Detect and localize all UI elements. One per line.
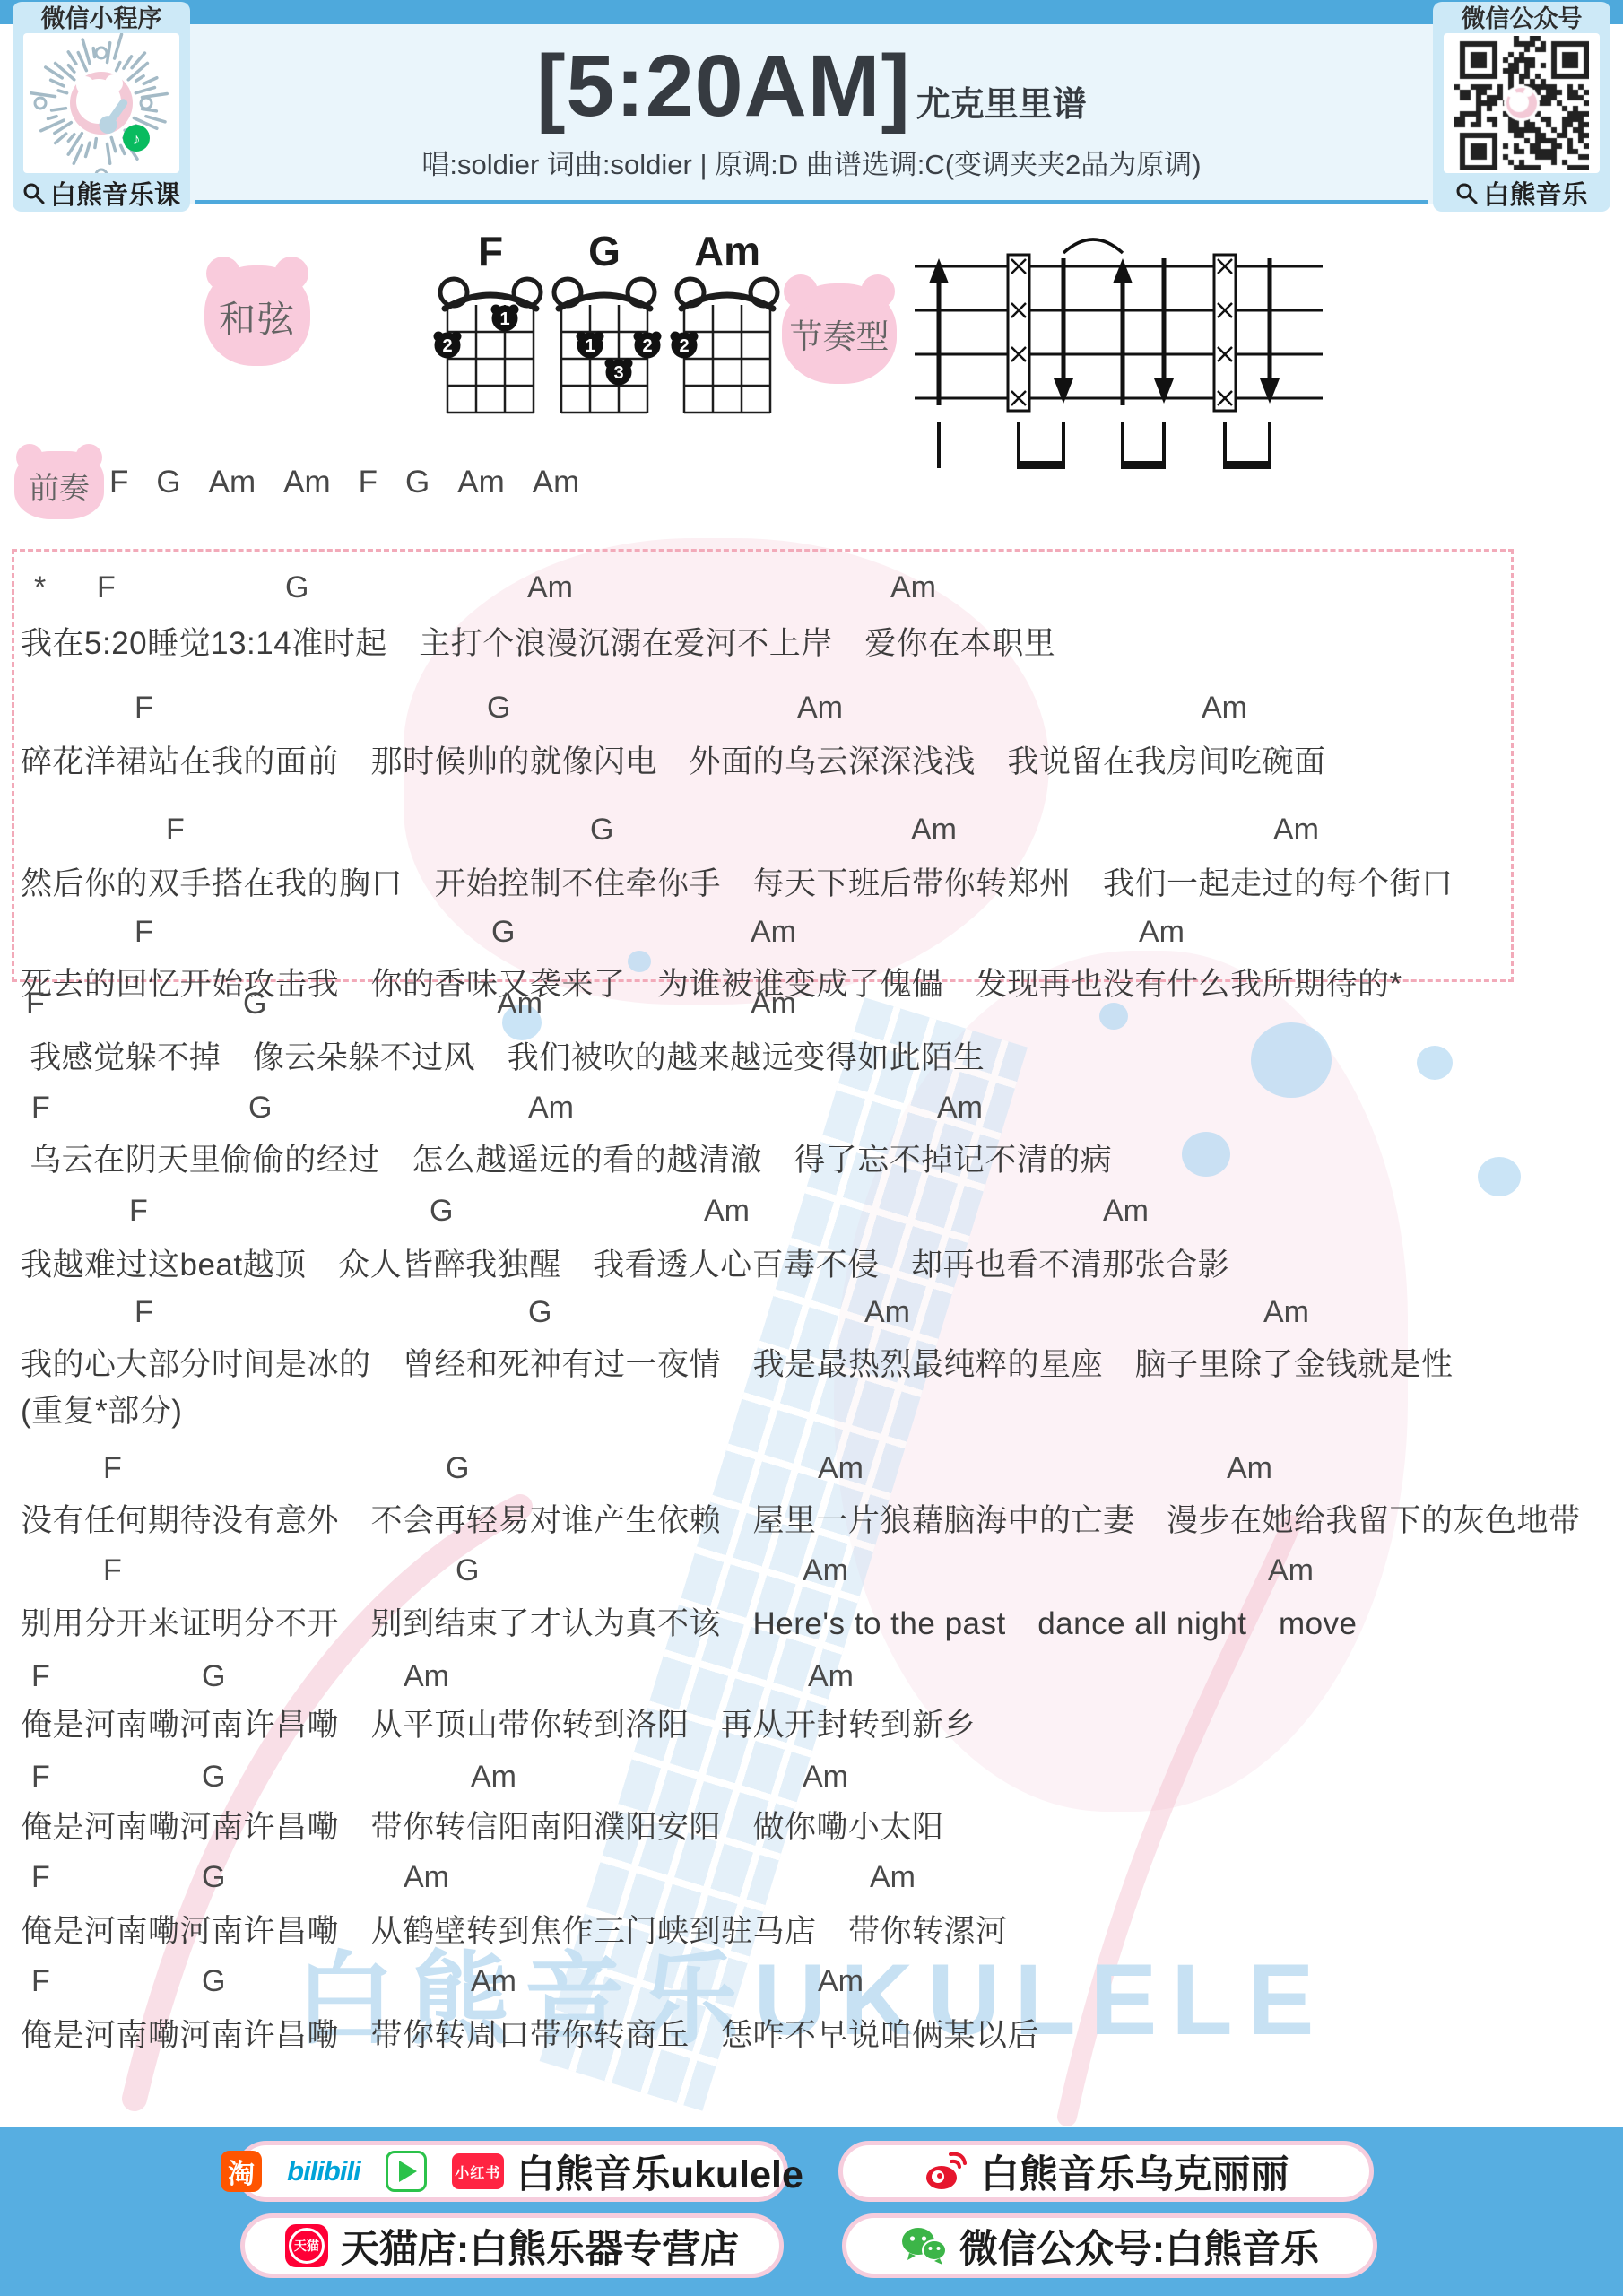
- top-bar: [0, 0, 1623, 24]
- chord-label: Am: [704, 1194, 750, 1229]
- official-account-caption-text: 白熊音乐: [1483, 175, 1587, 212]
- footer-pill-platforms: 淘 bilibili 小红书 白熊音乐ukulele: [236, 2141, 788, 2202]
- intro-label-blob: 前奏: [14, 451, 104, 519]
- chord-label: F: [103, 1553, 122, 1588]
- lyric-line: 俺是河南嘞河南许昌嘞 从鹤壁转到焦作三门峡到驻马店 带你转漯河: [21, 1907, 1008, 1952]
- title-row: [5:20AM]尤克里里谱: [0, 36, 1623, 136]
- lyric-line: 然后你的双手搭在我的胸口 开始控制不住牵你手 每天下班后带你转郑州 我们一起走过…: [21, 859, 1454, 904]
- chord-label: *: [34, 570, 46, 605]
- lyric-line: 碎花洋裙站在我的面前 那时候帅的就像闪电 外面的乌云深深浅浅 我说留在我房间吃碗…: [21, 737, 1326, 782]
- chord-label: G: [248, 1091, 272, 1126]
- chord-label: Am: [1227, 1451, 1272, 1486]
- chord-label: Am: [818, 1964, 864, 1999]
- chord-label: Am: [808, 1659, 854, 1694]
- chord-label: F: [166, 813, 185, 848]
- chord-label: F: [129, 1194, 148, 1229]
- chord-label: F: [135, 1295, 153, 1330]
- search-icon: [1455, 182, 1479, 205]
- chord-label: G: [202, 1760, 225, 1795]
- chord-label: Am: [404, 1659, 449, 1694]
- lyric-line: 死去的回忆开始攻击我 你的香味又袭来了 为谁被谁变成了傀儡 发现再也没有什么我所…: [21, 960, 1402, 1004]
- chord-label: G: [430, 1194, 453, 1229]
- qr-code: [1454, 36, 1589, 170]
- chord-label: F: [97, 570, 116, 605]
- mini-program-caption: 白熊音乐课: [22, 175, 180, 212]
- lyric-line: 俺是河南嘞河南许昌嘞 从平顶山带你转到洛阳 再从开封转到新乡: [21, 1700, 976, 1745]
- lyric-line: 别用分开来证明分不开 别到结束了才认为真不该 Here's to the pas…: [21, 1599, 1358, 1644]
- chord-label: G: [487, 691, 510, 726]
- lyric-line: 我越难过这beat越顶 众人皆醉我独醒 我看透人心百毒不侵 却再也看不清那张合影: [21, 1240, 1229, 1285]
- chord-label: Am: [751, 915, 796, 950]
- chord-label: Am: [497, 987, 542, 1022]
- chord-label: Am: [404, 1860, 449, 1895]
- chord-label: Am: [797, 691, 843, 726]
- chord-label: G: [590, 813, 613, 848]
- chord-label: G: [202, 1659, 225, 1694]
- chord-label: Am: [1202, 691, 1247, 726]
- chord-label: G: [202, 1860, 225, 1895]
- chord-label: F: [31, 1091, 50, 1126]
- official-account-caption: 白熊音乐: [1455, 175, 1587, 212]
- sheet-type-label: 尤克里里谱: [916, 86, 1087, 124]
- footer-account-name: 白熊音乐ukulele: [516, 2144, 803, 2199]
- lyric-line: 乌云在阴天里偷偷的经过 怎么越遥远的看的越清澈 得了忘不掉记不清的病: [21, 1135, 1112, 1180]
- intro-chord: Am: [209, 465, 256, 500]
- chord-label: F: [26, 987, 45, 1022]
- intro-chord: Am: [457, 465, 505, 500]
- chord-label: Am: [937, 1091, 983, 1126]
- search-icon: [22, 182, 46, 205]
- chord-label: Am: [1103, 1194, 1149, 1229]
- chord-label: F: [31, 1860, 50, 1895]
- chord-label: Am: [528, 1091, 574, 1126]
- chord-label: G: [446, 1451, 469, 1486]
- lyric-line: 我感觉躲不掉 像云朵躲不过风 我们被吹的越来越远变得如此陌生: [21, 1033, 985, 1078]
- chord-label: Am: [1268, 1553, 1314, 1588]
- chord-label: F: [31, 1659, 50, 1694]
- chord-label: Am: [911, 813, 957, 848]
- footer-pill-wechat: 微信公众号:白熊音乐: [842, 2213, 1377, 2278]
- footer-wechat-name: 微信公众号:白熊音乐: [959, 2219, 1319, 2274]
- chord-label: Am: [527, 570, 573, 605]
- chord-label: G: [285, 570, 308, 605]
- intro-chord: F: [109, 465, 128, 500]
- chord-label: Am: [471, 1760, 516, 1795]
- intro-chord-progression: FGAmAmFGAmAm: [109, 465, 579, 500]
- chord-label: Am: [818, 1451, 864, 1486]
- chord-label: G: [456, 1553, 479, 1588]
- chord-label: Am: [803, 1760, 848, 1795]
- song-title: [5:20AM]: [536, 37, 911, 135]
- lyric-line: 我的心大部分时间是冰的 曾经和死神有过一夜情 我是最热烈最纯粹的星座 脑子里除了…: [21, 1340, 1454, 1385]
- intro-chord: G: [405, 465, 430, 500]
- chord-label: G: [243, 987, 266, 1022]
- chord-label: Am: [1273, 813, 1319, 848]
- official-account-box: 微信公众号 白熊音乐: [1433, 2, 1610, 212]
- mini-program-caption-text: 白熊音乐课: [50, 175, 180, 212]
- svg-text:♪: ♪: [133, 130, 141, 148]
- weibo-icon: [924, 2151, 968, 2192]
- chords-label-blob: 和弦: [204, 265, 310, 366]
- intro-chord: Am: [533, 465, 580, 500]
- chord-label: Am: [471, 1964, 516, 1999]
- taobao-icon: 淘: [221, 2151, 262, 2192]
- chord-label: Am: [803, 1553, 848, 1588]
- lyric-line: 俺是河南嘞河南许昌嘞 带你转周口带你转商丘 恁咋不早说咱俩某以后: [21, 2011, 1039, 2056]
- chord-label: F: [31, 1760, 50, 1795]
- chord-label: G: [491, 915, 515, 950]
- chord-label: G: [202, 1964, 225, 1999]
- chord-label: F: [135, 915, 153, 950]
- chord-label: G: [528, 1295, 551, 1330]
- mini-program-code: ♪: [30, 33, 173, 173]
- chord-label: F: [135, 691, 153, 726]
- chord-label: Am: [864, 1295, 910, 1330]
- tmall-icon: 天猫: [285, 2224, 328, 2267]
- mini-program-tag: 微信小程序: [41, 4, 162, 33]
- footer-store-name: 天猫店:白熊乐器专营店: [341, 2219, 739, 2274]
- lyric-line: 我在5:20睡觉13:14准时起 主打个浪漫沉溺在爱河不上岸 爱你在本职里: [21, 619, 1055, 664]
- ukulele-chord-sheet: 白熊音乐UKULELE 微信小程序 ♪ 白熊音乐课 微信公众号 白熊音乐: [0, 0, 1623, 2296]
- chord-label: Am: [870, 1860, 916, 1895]
- xiaohongshu-icon: 小红书: [452, 2153, 504, 2189]
- mini-program-code-area: ♪: [23, 33, 179, 173]
- qr-code-area: [1444, 33, 1600, 173]
- official-account-tag: 微信公众号: [1462, 4, 1583, 33]
- mini-program-box: 微信小程序 ♪ 白熊音乐课: [13, 2, 190, 212]
- chord-label: Am: [751, 987, 796, 1022]
- lyric-line: (重复*部分): [21, 1387, 182, 1431]
- intro-chord: G: [156, 465, 180, 500]
- chord-label: Am: [1139, 915, 1185, 950]
- play-icon: [386, 2151, 427, 2192]
- chord-label: Am: [1263, 1295, 1309, 1330]
- footer-pill-weibo: 白熊音乐乌克丽丽: [838, 2141, 1374, 2202]
- intro-chord: Am: [283, 465, 331, 500]
- lyric-line: 没有任何期待没有意外 不会再轻易对谁产生依赖 屋里一片狼藉脑海中的亡妻 漫步在她…: [21, 1496, 1581, 1541]
- song-credits: 唱:soldier 词曲:soldier | 原调:D 曲谱选调:C(变调夹夹2…: [0, 142, 1623, 182]
- footer-account-name: 白熊音乐乌克丽丽: [981, 2144, 1289, 2199]
- chord-label: F: [31, 1964, 50, 1999]
- lyric-line: 俺是河南嘞河南许昌嘞 带你转信阳南阳濮阳安阳 做你嘞小太阳: [21, 1803, 944, 1848]
- bilibili-icon: bilibili: [287, 2155, 360, 2187]
- footer-bar: 淘 bilibili 小红书 白熊音乐ukulele 白熊音乐乌克丽丽 天猫 天…: [0, 2127, 1623, 2296]
- chord-label: F: [103, 1451, 122, 1486]
- footer-pill-tmall: 天猫 天猫店:白熊乐器专营店: [240, 2213, 784, 2278]
- chord-label: Am: [890, 570, 936, 605]
- wechat-icon: [900, 2225, 947, 2266]
- intro-chord: F: [359, 465, 378, 500]
- rhythm-label-blob: 节奏型: [782, 283, 897, 384]
